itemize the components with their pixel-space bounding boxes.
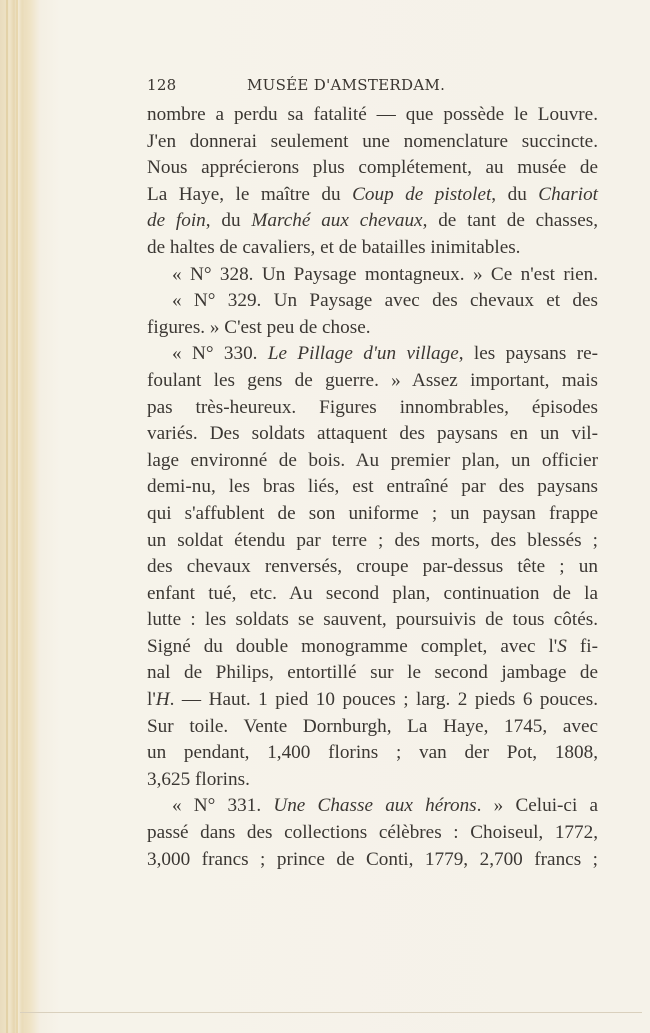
text-line: de foin, du Marché aux chevaux, de tant … — [147, 208, 598, 235]
body-text: nombre a perdu sa fatalité — que possède… — [147, 102, 598, 873]
text-line: Signé du double monogramme complet, avec… — [147, 634, 598, 661]
page-number: 128 — [147, 76, 177, 94]
text-line: variés. Des soldats attaquent des paysan… — [147, 421, 598, 448]
text-line: lutte : les soldats se sauvent, poursuiv… — [147, 607, 598, 634]
text-line: passé dans des collections célèbres : Ch… — [147, 820, 598, 847]
running-title: MUSÉE D'AMSTERDAM. — [247, 76, 445, 94]
text-line: 3,625 florins. — [147, 767, 598, 794]
text-line: « N° 331. Une Chasse aux hérons. » Celui… — [147, 793, 598, 820]
text-line: Sur toile. Vente Dornburgh, La Haye, 174… — [147, 714, 598, 741]
text-line: pas très-heureux. Figures innombrables, … — [147, 395, 598, 422]
text-line: « N° 329. Un Paysage avec des chevaux et… — [147, 288, 598, 315]
book-page: 128 MUSÉE D'AMSTERDAM. nombre a perdu sa… — [0, 0, 650, 1033]
text-line: de haltes de cavaliers, et de batailles … — [147, 235, 598, 262]
text-line: foulant les gens de guerre. » Assez impo… — [147, 368, 598, 395]
text-line: nal de Philips, entortillé sur le second… — [147, 660, 598, 687]
text-line: qui s'affublent de son uniforme ; un pay… — [147, 501, 598, 528]
text-line: demi-nu, les bras liés, est entraîné par… — [147, 474, 598, 501]
text-line: 3,000 francs ; prince de Conti, 1779, 2,… — [147, 847, 598, 874]
binding-edge — [6, 0, 8, 1033]
text-line: « N° 328. Un Paysage montagneux. » Ce n'… — [147, 262, 598, 289]
text-line: J'en donnerai seulement une nomenclature… — [147, 129, 598, 156]
binding-edge — [24, 0, 26, 1033]
text-line: La Haye, le maître du Coup de pistolet, … — [147, 182, 598, 209]
text-line: Nous apprécierons plus complétement, au … — [147, 155, 598, 182]
binding-edge — [16, 0, 18, 1033]
text-line: lage environné de bois. Au premier plan,… — [147, 448, 598, 475]
text-line: l'H. — Haut. 1 pied 10 pouces ; larg. 2 … — [147, 687, 598, 714]
running-header: 128 MUSÉE D'AMSTERDAM. — [147, 76, 598, 98]
text-line: enfant tué, etc. Au second plan, continu… — [147, 581, 598, 608]
text-line: figures. » C'est peu de chose. — [147, 315, 598, 342]
text-line: un soldat étendu par terre ; des morts, … — [147, 528, 598, 555]
text-line: « N° 330. Le Pillage d'un village, les p… — [147, 341, 598, 368]
text-line: un pendant, 1,400 florins ; van der Pot,… — [147, 740, 598, 767]
text-line: des chevaux renversés, croupe par-dessus… — [147, 554, 598, 581]
text-line: nombre a perdu sa fatalité — que possède… — [147, 102, 598, 129]
